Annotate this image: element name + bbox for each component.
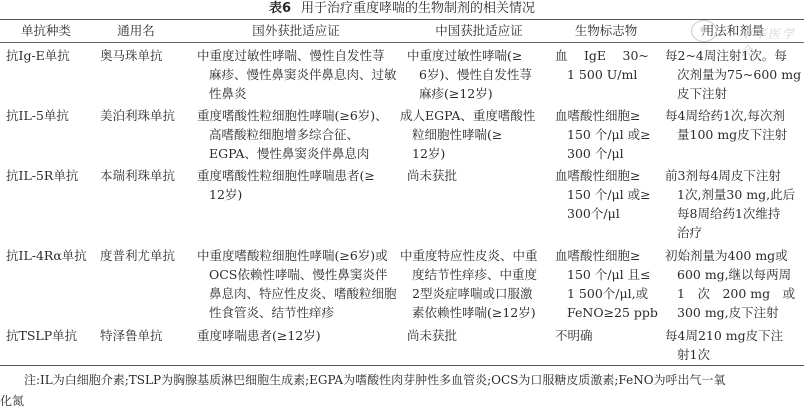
cell-generic: 本瑞利珠单抗: [100, 166, 175, 185]
table-footnote: 注:IL为白细胞介素;TSLP为胸腺基质淋巴细胞生成素;EGPA为嗜酸性肉芽肿性…: [0, 370, 804, 408]
cell-china: 成人EGPA、重度嗜酸性 粒细胞性哮喘(≥ 12岁): [400, 106, 535, 163]
header-rule: [0, 42, 804, 43]
header-foreign: 国外获批适应证: [190, 22, 402, 39]
cell-generic: 度普利尤单抗: [100, 246, 175, 265]
cell-biomarker: 不明确: [555, 326, 593, 345]
table-caption: 表6用于治疗重度哮喘的生物制剂的相关情况: [0, 1, 804, 17]
cell-foreign: 中重度过敏性哮喘、慢性自发性荨 麻疹、慢性鼻窦炎伴鼻息肉、过敏 性鼻炎: [197, 46, 402, 103]
cell-china: 尚未获批: [407, 326, 457, 345]
header-generic: 通用名: [92, 22, 180, 39]
top-rule: [0, 19, 804, 20]
cell-generic: 特泽鲁单抗: [100, 326, 163, 345]
bottom-rule: [0, 365, 804, 366]
cell-foreign: 重度嗜酸性粒细胞性哮喘(≥6岁)、 高嗜酸粒细胞增多综合征、 EGPA、慢性鼻窦…: [197, 106, 388, 163]
table-number: 表6: [269, 1, 291, 16]
header-type: 单抗种类: [0, 22, 92, 39]
cell-foreign: 中重度嗜酸粒细胞性哮喘(≥6岁)或 OCS依赖性哮喘、慢性鼻窦炎伴 鼻息肉、特应…: [197, 246, 397, 322]
cell-china: 中重度过敏性哮喘(≥ 6岁)、慢性自发性荨 麻疹(≥12岁): [407, 46, 532, 103]
cell-type: 抗IL-4Rα单抗: [6, 246, 87, 265]
header-china: 中国获批适应证: [400, 22, 558, 39]
cell-dosage: 前3剂每4周皮下注射 1次,剂量30 mg,此后 每8周给药1次维持 治疗: [665, 166, 795, 242]
cell-generic: 美泊利珠单抗: [100, 106, 175, 125]
table-title: 用于治疗重度哮喘的生物制剂的相关情况: [301, 1, 535, 16]
seal-icon: ☸: [691, 20, 717, 42]
cell-biomarker: 血嗜酸性细胞≥ 150 个/μl 且≤ 1 500个/μl,或 FeNO≥25 …: [555, 246, 658, 322]
cell-dosage: 初始剂量为400 mg或 600 mg,继以每两周 1 次 200 mg 或 3…: [665, 246, 795, 322]
cell-china: 尚未获批: [407, 166, 457, 185]
cell-dosage: 每4周给药1次,每次剂 量100 mg皮下注射: [665, 106, 787, 144]
cell-biomarker: 血 IgE 30~ 1 500 U/ml: [555, 46, 649, 84]
cell-china: 中重度特应性皮炎、中重 度结节性痒疹、中重度 2型炎症哮喘或口服激 素依赖性哮喘…: [400, 246, 538, 322]
cell-type: 抗TSLP单抗: [6, 326, 77, 345]
cell-type: 抗Ig-E单抗: [6, 46, 70, 65]
cell-type: 抗IL-5单抗: [6, 106, 69, 125]
cell-foreign: 重度嗜酸性粒细胞性哮喘患者(≥ 12岁): [197, 166, 375, 204]
cell-dosage: 每2~4周注射1次。每 次剂量为75~600 mg 皮下注射: [665, 46, 801, 103]
cell-type: 抗IL-5R单抗: [6, 166, 78, 185]
header-biomarker: 生物标志物: [552, 22, 660, 39]
cell-biomarker: 血嗜酸性细胞≥ 150 个/μl 或≥ 300 个/μl: [555, 106, 651, 163]
cell-dosage: 每4周210 mg皮下注 射1次: [665, 326, 783, 364]
cell-biomarker: 血嗜酸性细胞≥ 150 个/μl 或≥ 300个/μl: [555, 166, 651, 223]
cell-foreign: 重度哮喘患者(≥12岁): [197, 326, 321, 345]
cell-generic: 奥马珠单抗: [100, 46, 163, 65]
